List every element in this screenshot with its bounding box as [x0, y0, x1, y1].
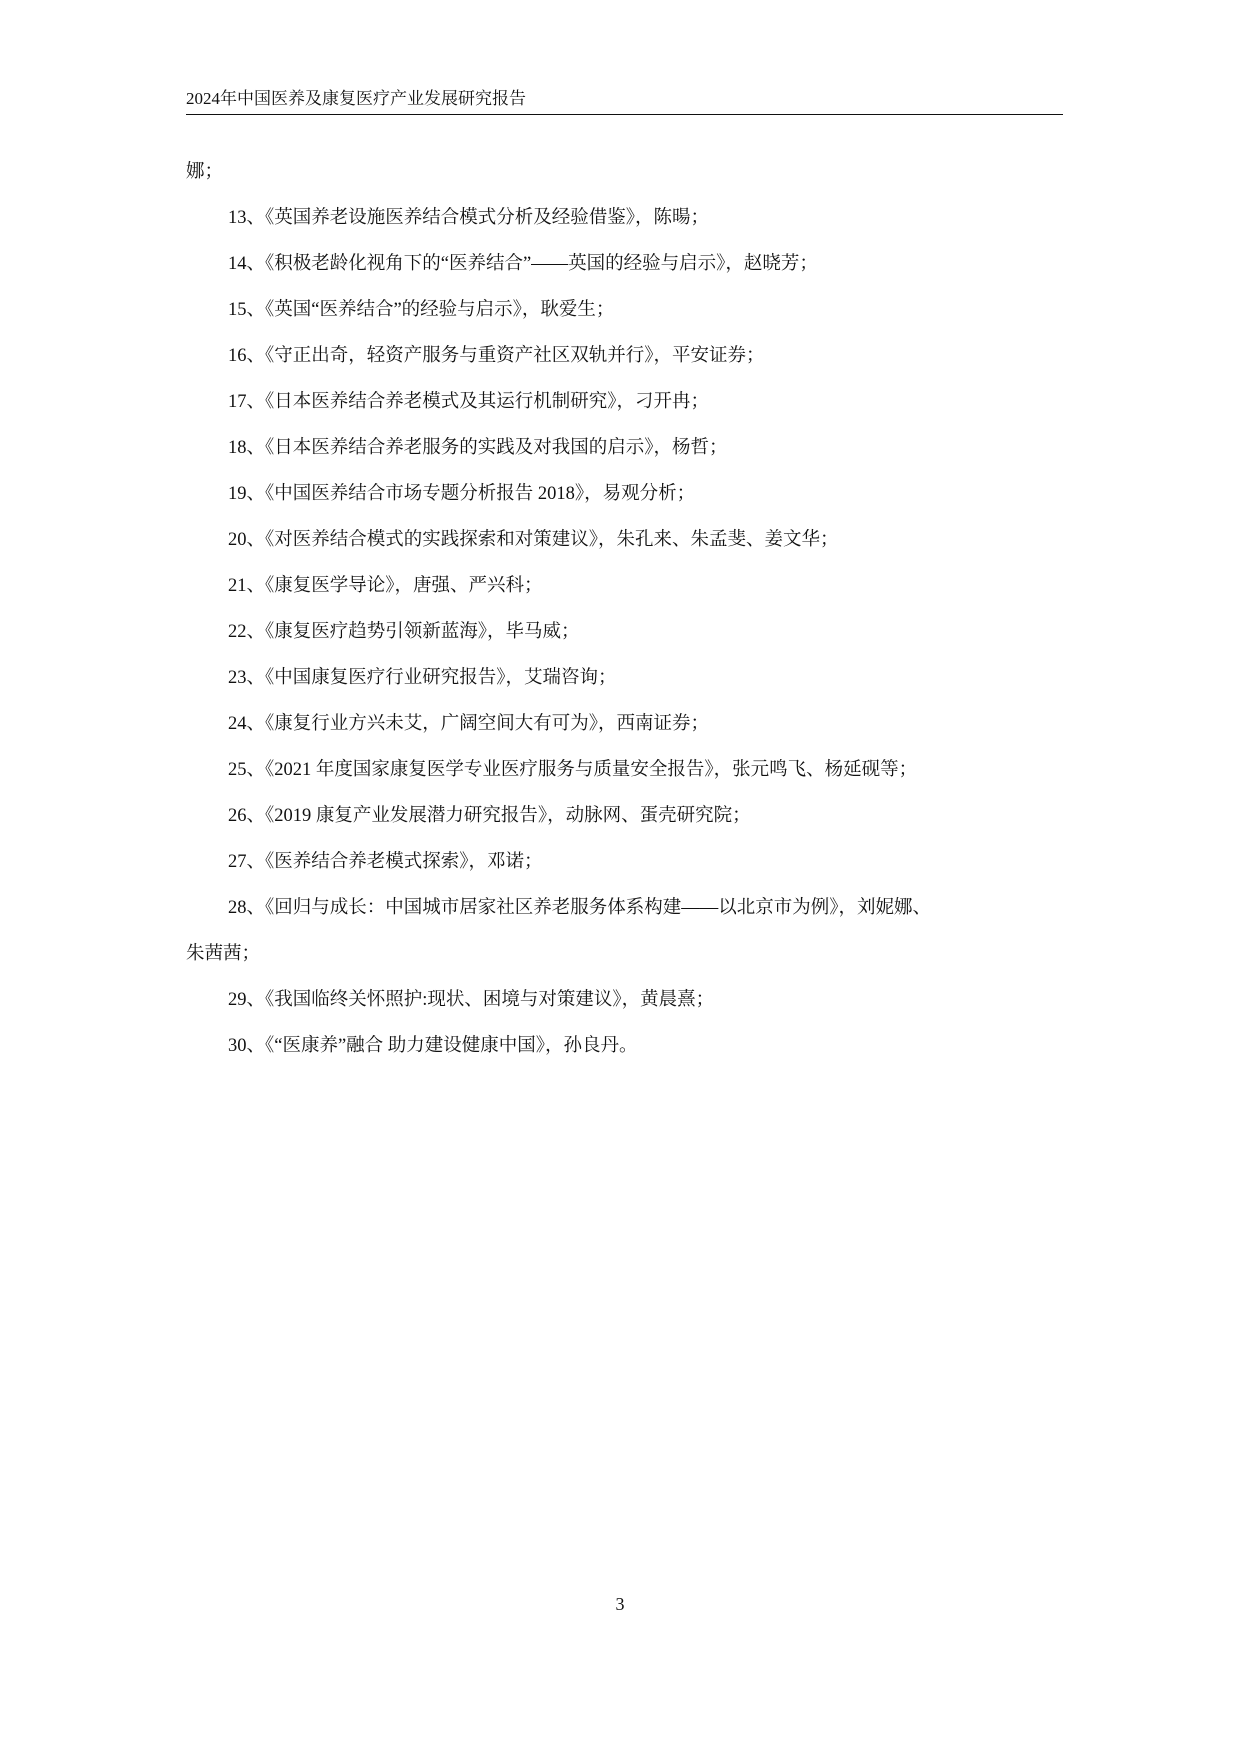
reference-item-26: 26、《2019 康复产业发展潜力研究报告》，动脉网、蛋壳研究院； [228, 804, 751, 828]
reference-item-27: 27、《医养结合养老模式探索》，邓诺； [228, 850, 543, 874]
reference-continuation: 娜； [186, 160, 223, 184]
reference-item-30: 30、《“医康养”融合 助力建设健康中国》，孙良丹。 [228, 1034, 638, 1058]
header-rule [186, 114, 1063, 115]
reference-item-20: 20、《对医养结合模式的实践探索和对策建议》，朱孔来、朱孟斐、姜文华； [228, 528, 839, 552]
reference-item-22: 22、《康复医疗趋势引领新蓝海》，毕马威； [228, 620, 580, 644]
reference-item-14: 14、《积极老龄化视角下的“医养结合”——英国的经验与启示》，赵晓芳； [228, 252, 818, 276]
reference-item-13: 13、《英国养老设施医养结合模式分析及经验借鉴》，陈暘； [228, 206, 709, 230]
reference-item-21: 21、《康复医学导论》，唐强、严兴科； [228, 574, 543, 598]
reference-item-29: 29、《我国临终关怀照护:现状、困境与对策建议》，黄晨熹； [228, 988, 714, 1012]
reference-item-28: 28、《回归与成长：中国城市居家社区养老服务体系构建——以北京市为例》，刘妮娜、 [228, 896, 931, 920]
reference-item-28-continuation: 朱茜茜； [186, 942, 260, 966]
reference-item-25: 25、《2021 年度国家康复医学专业医疗服务与质量安全报告》，张元鸣飞、杨延砚… [228, 758, 917, 782]
running-header: 2024年中国医养及康复医疗产业发展研究报告 [186, 88, 1063, 110]
reference-item-23: 23、《中国康复医疗行业研究报告》，艾瑞咨询； [228, 666, 617, 690]
reference-item-18: 18、《日本医养结合养老服务的实践及对我国的启示》，杨哲； [228, 436, 728, 460]
reference-item-16: 16、《守正出奇，轻资产服务与重资产社区双轨并行》，平安证券； [228, 344, 765, 368]
reference-item-19: 19、《中国医养结合市场专题分析报告 2018》，易观分析； [228, 482, 695, 506]
reference-item-24: 24、《康复行业方兴未艾，广阔空间大有可为》，西南证券； [228, 712, 709, 736]
reference-item-17: 17、《日本医养结合养老模式及其运行机制研究》，刁开冉； [228, 390, 709, 414]
page-number: 3 [0, 1594, 1240, 1615]
reference-item-15: 15、《英国“医养结合”的经验与启示》，耿爱生； [228, 298, 614, 322]
document-page: 2024年中国医养及康复医疗产业发展研究报告 娜； 13、《英国养老设施医养结合… [0, 0, 1240, 1754]
